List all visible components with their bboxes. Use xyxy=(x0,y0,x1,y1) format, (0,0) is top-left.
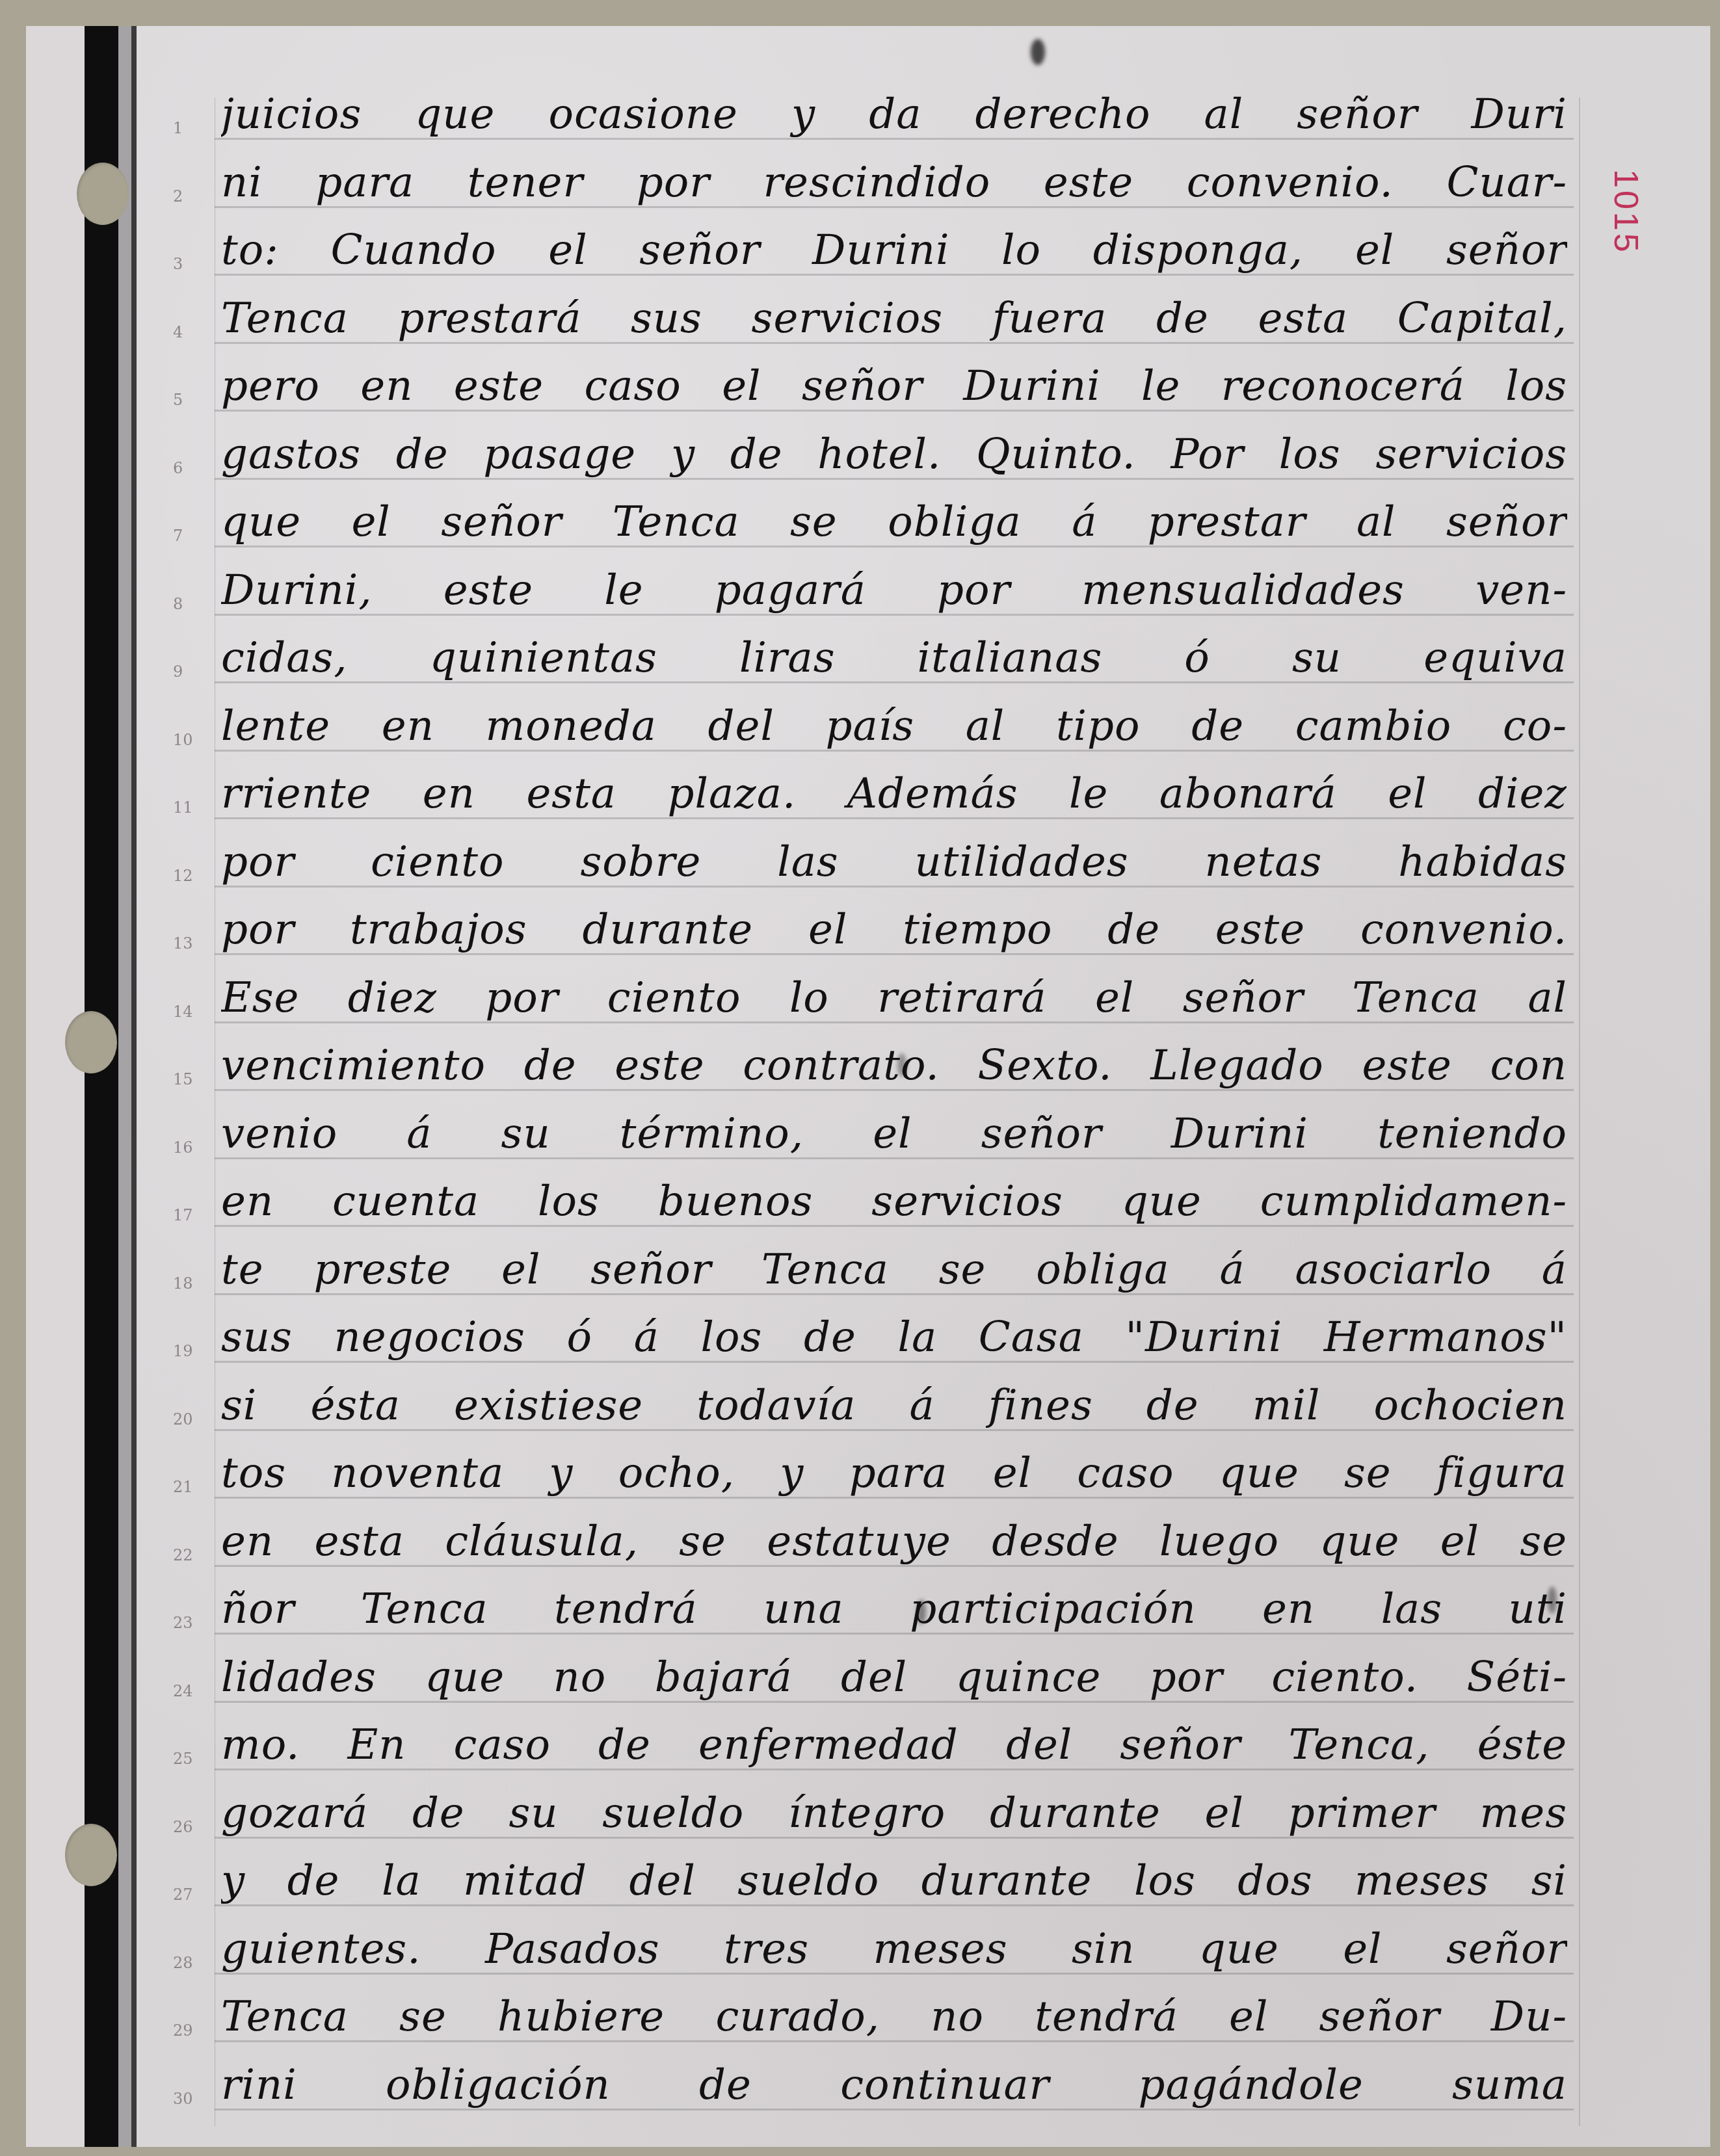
line-number: 19 xyxy=(173,1342,193,1360)
line-number: 22 xyxy=(173,1546,193,1564)
document-line: 4Tenca prestará sus servicios fuera de e… xyxy=(156,279,1587,347)
document-line: 6gastos de pasage y de hotel. Quinto. Po… xyxy=(156,415,1587,482)
document-line: 8Durini, este le pagará por mensualidade… xyxy=(156,551,1587,618)
document-line: 28guientes. Pasados tres meses sin que e… xyxy=(156,1910,1587,1977)
handwritten-text: rini obligación de continuar pagándole s… xyxy=(221,2061,1567,2109)
line-number: 8 xyxy=(173,595,183,613)
binder-hole-icon xyxy=(65,1011,117,1073)
handwritten-text: en esta cláusula, se estatuye desde lueg… xyxy=(221,1518,1567,1566)
document-line: 11rriente en esta plaza. Además le abona… xyxy=(156,754,1587,822)
document-line: 17en cuenta los buenos servicios que cum… xyxy=(156,1162,1587,1229)
handwritten-text: en cuenta los buenos servicios que cumpl… xyxy=(221,1177,1567,1226)
handwritten-text: Tenca prestará sus servicios fuera de es… xyxy=(221,295,1567,343)
handwritten-text: venio á su término, el señor Durini teni… xyxy=(221,1110,1567,1158)
document-line: 2ni para tener por rescindido este conve… xyxy=(156,143,1587,211)
document-line: 14Ese diez por ciento lo retirará el señ… xyxy=(156,958,1587,1026)
document-line: 12por ciento sobre las utilidades netas … xyxy=(156,822,1587,890)
document-line: 5pero en este caso el señor Durini le re… xyxy=(156,347,1587,414)
handwritten-text: ñor Tenca tendrá una participación en la… xyxy=(221,1585,1567,1633)
handwritten-text: por trabajos durante el tiempo de este c… xyxy=(221,906,1567,954)
document-line: 24lidades que no bajará del quince por c… xyxy=(156,1638,1587,1705)
document-line: 30rini obligación de continuar pagándole… xyxy=(156,2045,1587,2113)
line-number: 26 xyxy=(173,1818,193,1836)
line-number: 25 xyxy=(173,1750,193,1768)
line-number: 6 xyxy=(173,459,183,477)
document-line: 7que el señor Tenca se obliga á prestar … xyxy=(156,482,1587,550)
line-number: 30 xyxy=(173,2090,193,2108)
document-line: 9cidas, quinientas liras italianas ó su … xyxy=(156,618,1587,686)
line-number: 1 xyxy=(173,119,183,137)
handwritten-text: to: Cuando el señor Durini lo disponga, … xyxy=(221,226,1567,274)
handwritten-text: si ésta existiese todavía á fines de mil… xyxy=(221,1382,1567,1430)
handwritten-text: sus negocios ó á los de la Casa "Durini … xyxy=(221,1313,1567,1361)
document-line: 19sus negocios ó á los de la Casa "Durin… xyxy=(156,1298,1587,1365)
handwritten-text: por ciento sobre las utilidades netas ha… xyxy=(221,838,1567,886)
line-number: 7 xyxy=(173,527,183,545)
line-number: 16 xyxy=(173,1138,193,1157)
line-number: 29 xyxy=(173,2021,193,2040)
line-number: 12 xyxy=(173,867,193,885)
handwritten-text: gastos de pasage y de hotel. Quinto. Por… xyxy=(221,430,1567,479)
line-number: 21 xyxy=(173,1478,193,1496)
handwritten-text: lente en moneda del país al tipo de camb… xyxy=(221,702,1567,750)
handwritten-text: Durini, este le pagará por mensualidades… xyxy=(221,566,1567,614)
line-number: 9 xyxy=(173,663,183,681)
document-line: 13por trabajos durante el tiempo de este… xyxy=(156,890,1587,958)
handwritten-text: guientes. Pasados tres meses sin que el … xyxy=(221,1925,1567,1973)
line-number: 24 xyxy=(173,1682,193,1700)
line-number: 2 xyxy=(173,187,183,205)
margin-shadow xyxy=(118,26,131,2147)
document-line: 3to: Cuando el señor Durini lo disponga,… xyxy=(156,211,1587,278)
handwritten-text: Tenca se hubiere curado, no tendrá el se… xyxy=(221,1993,1567,2041)
document-line: 1juicios que ocasione y da derecho al se… xyxy=(156,75,1587,142)
line-number: 15 xyxy=(173,1070,193,1088)
line-number: 5 xyxy=(173,391,183,409)
handwritten-text: pero en este caso el señor Durini le rec… xyxy=(221,362,1567,410)
document-line: 20si ésta existiese todavía á fines de m… xyxy=(156,1366,1587,1434)
folio-number: 1015 xyxy=(1606,169,1645,255)
document-line: 26gozará de su sueldo íntegro durante el… xyxy=(156,1774,1587,1841)
document-line: 27y de la mitad del sueldo durante los d… xyxy=(156,1841,1587,1909)
handwritten-text: gozará de su sueldo íntegro durante el p… xyxy=(221,1789,1567,1837)
handwritten-text: juicios que ocasione y da derecho al señ… xyxy=(221,90,1567,138)
line-number: 10 xyxy=(173,731,193,749)
document-line: 10lente en moneda del país al tipo de ca… xyxy=(156,687,1587,754)
document-line: 29Tenca se hubiere curado, no tendrá el … xyxy=(156,1977,1587,2045)
ink-stain xyxy=(1031,39,1045,65)
handwritten-text: mo. En caso de enfermedad del señor Tenc… xyxy=(221,1721,1567,1769)
line-number: 11 xyxy=(173,798,193,817)
handwritten-text: vencimiento de este contrato. Sexto. Lle… xyxy=(221,1042,1567,1090)
line-number: 4 xyxy=(173,323,183,341)
line-number: 20 xyxy=(173,1410,193,1428)
handwritten-text: te preste el señor Tenca se obliga á aso… xyxy=(221,1246,1567,1294)
document-line: 18te preste el señor Tenca se obliga á a… xyxy=(156,1230,1587,1298)
line-number: 28 xyxy=(173,1954,193,1972)
handwritten-text: que el señor Tenca se obliga á prestar a… xyxy=(221,498,1567,546)
document-line: 15vencimiento de este contrato. Sexto. L… xyxy=(156,1026,1587,1094)
binder-hole-icon xyxy=(65,1824,117,1886)
line-number: 13 xyxy=(173,934,193,953)
document-line: 21tos noventa y ocho, y para el caso que… xyxy=(156,1434,1587,1501)
line-number: 3 xyxy=(173,255,183,273)
line-number: 14 xyxy=(173,1003,193,1021)
document-line: 25mo. En caso de enfermedad del señor Te… xyxy=(156,1705,1587,1773)
handwritten-text: cidas, quinientas liras italianas ó su e… xyxy=(221,634,1567,682)
handwritten-text: y de la mitad del sueldo durante los dos… xyxy=(221,1857,1567,1905)
document-line: 22en esta cláusula, se estatuye desde lu… xyxy=(156,1502,1587,1570)
line-number: 23 xyxy=(173,1614,193,1632)
handwritten-text: rriente en esta plaza. Además le abonará… xyxy=(221,770,1567,818)
binder-hole-icon xyxy=(77,163,129,225)
handwritten-text: ni para tener por rescindido este conven… xyxy=(221,159,1567,207)
line-number: 17 xyxy=(173,1206,193,1224)
handwritten-text: tos noventa y ocho, y para el caso que s… xyxy=(221,1449,1567,1497)
handwritten-text: lidades que no bajará del quince por cie… xyxy=(221,1653,1567,1702)
handwritten-text: Ese diez por ciento lo retirará el señor… xyxy=(221,974,1567,1022)
margin-rule xyxy=(131,26,137,2147)
line-number: 18 xyxy=(173,1274,193,1293)
document-line: 16venio á su término, el señor Durini te… xyxy=(156,1094,1587,1162)
line-number: 27 xyxy=(173,1886,193,1904)
document-line: 23ñor Tenca tendrá una participación en … xyxy=(156,1570,1587,1637)
